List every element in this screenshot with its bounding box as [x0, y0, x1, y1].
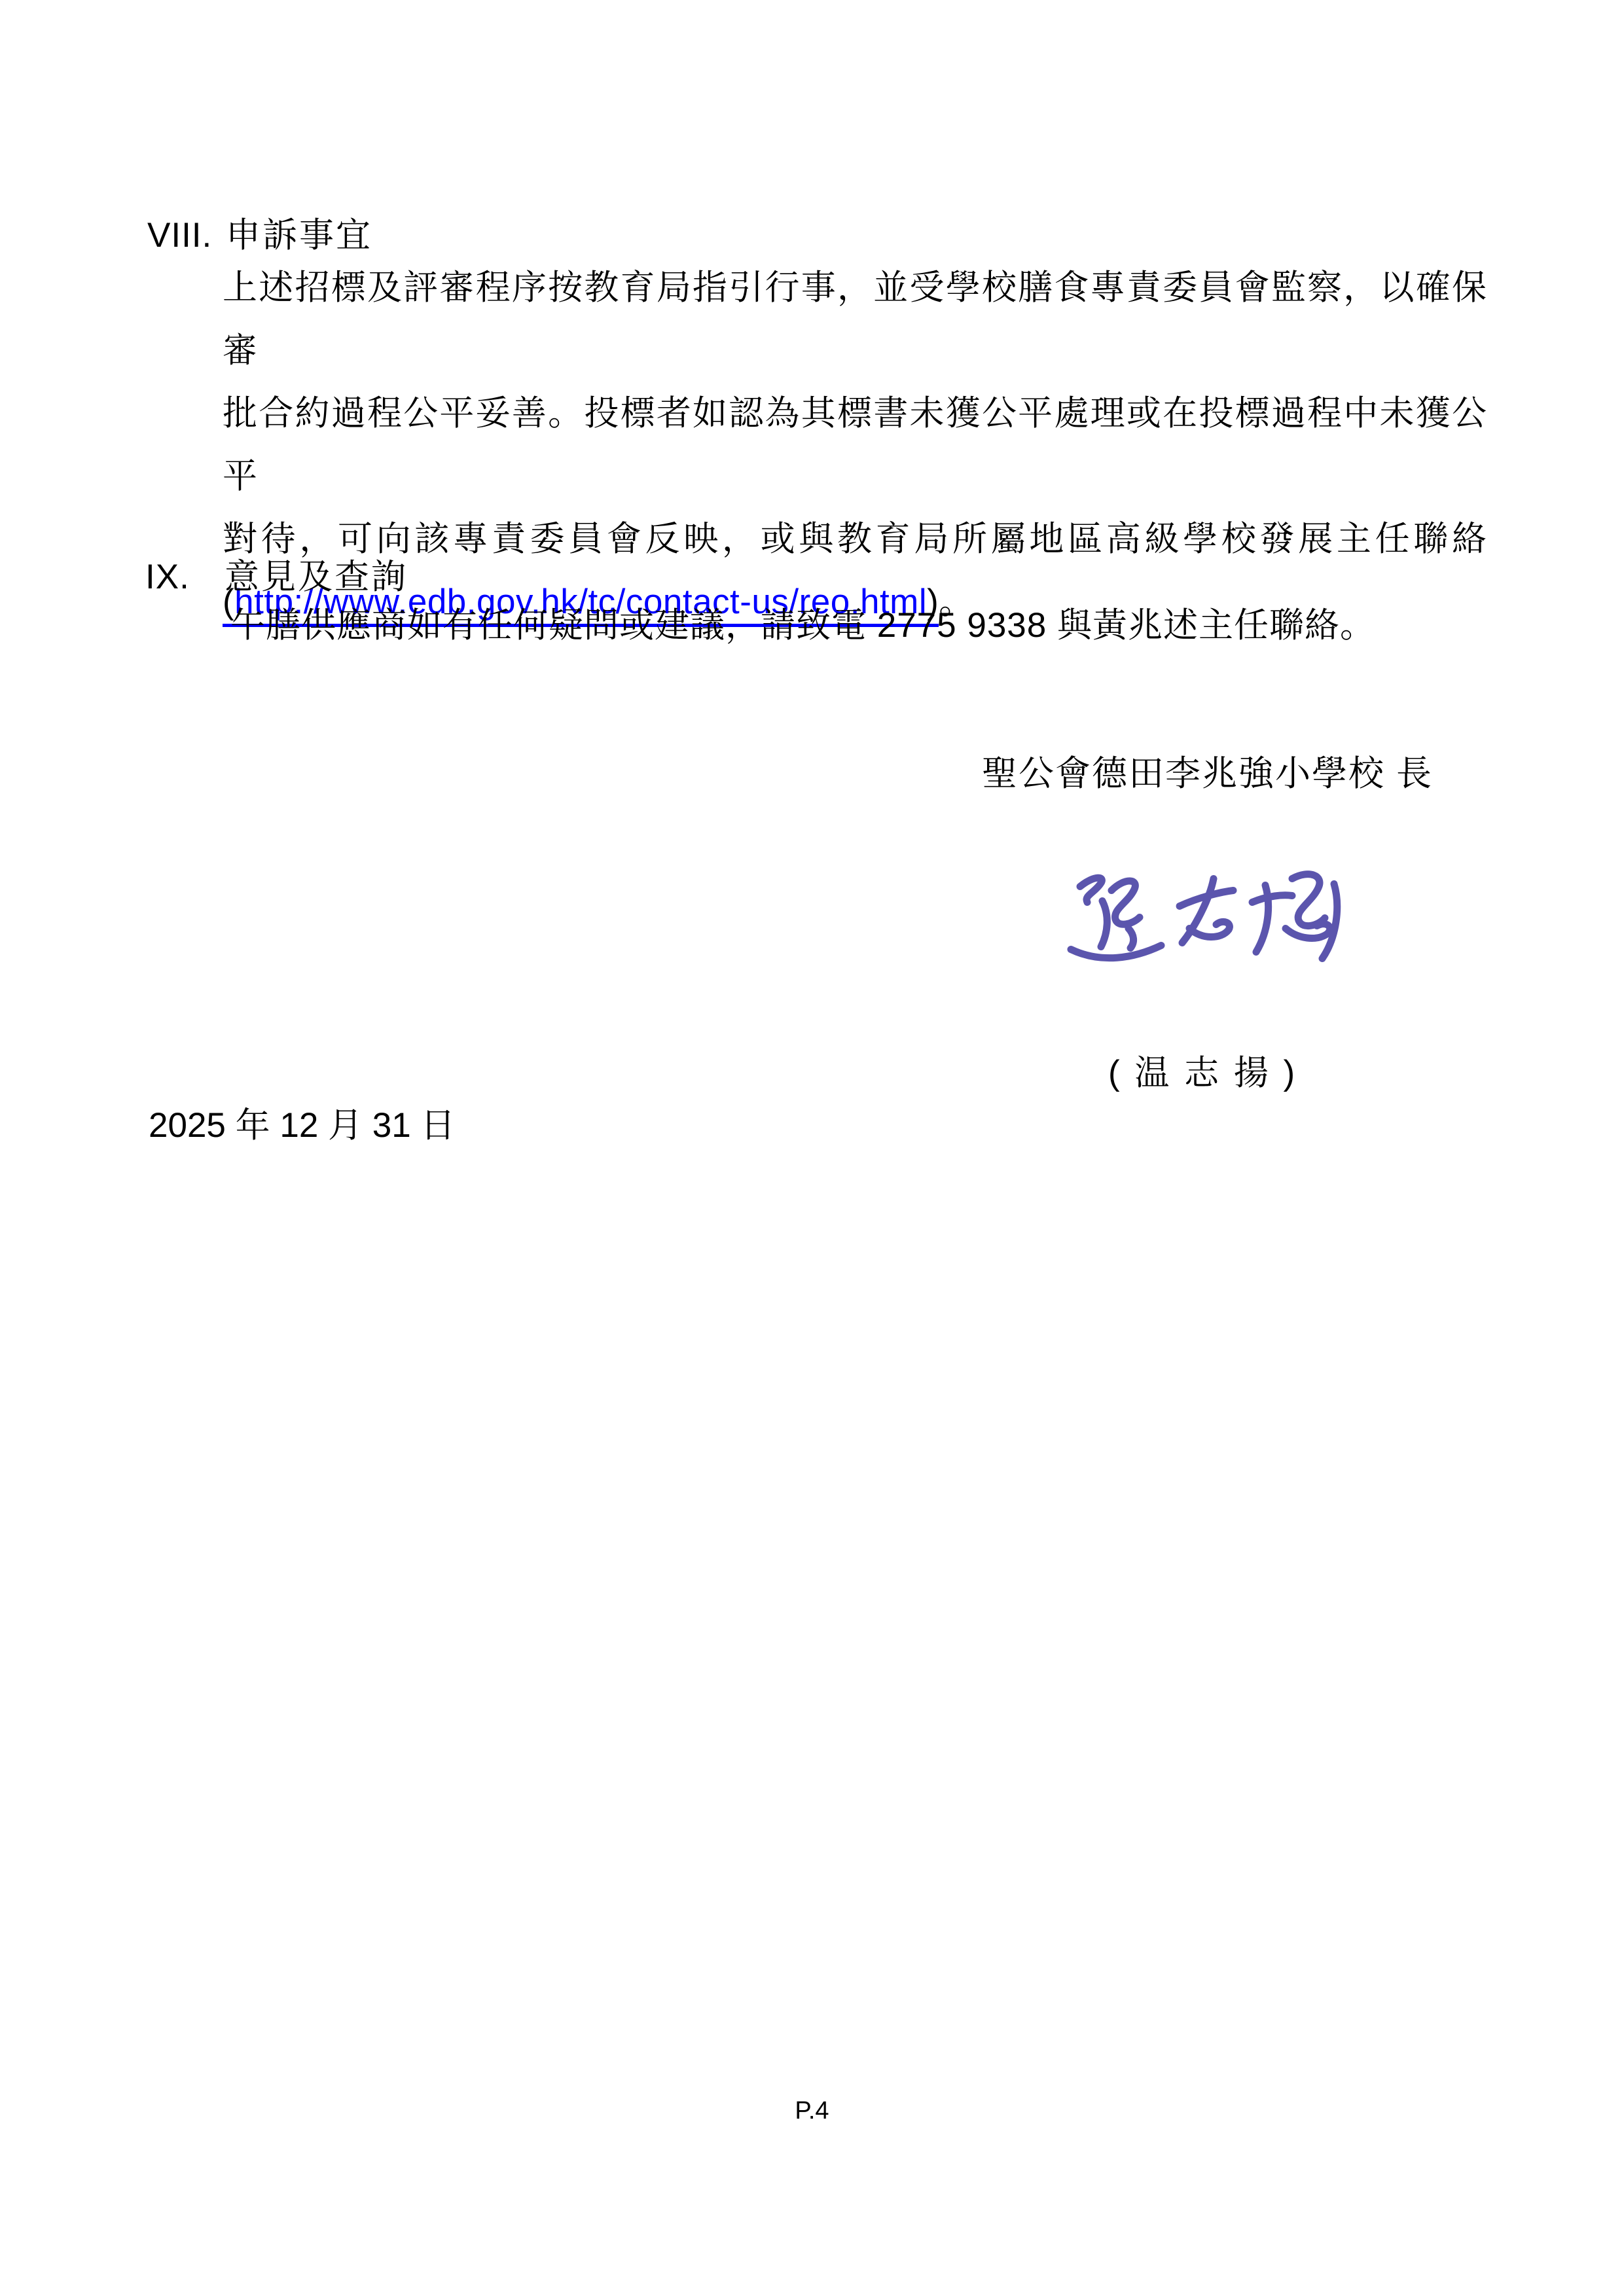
paragraph-line: 上述招標及評審程序按教育局指引行事，並受學校膳食專責委員會監察，以確保審 — [223, 257, 1487, 382]
section-viii-number: VIII. — [147, 216, 212, 255]
document-page: VIII. 申訴事宜 上述招標及評審程序按教育局指引行事，並受學校膳食專責委員會… — [0, 0, 1624, 2296]
section-viii-title: 申訴事宜 — [226, 216, 372, 255]
page-number: P.4 — [0, 2096, 1624, 2125]
paragraph-line: 對待，可向該專責委員會反映，或與教育局所屬地區高級學校發展主任聯絡 — [223, 508, 1487, 571]
section-viii-paragraph: 上述招標及評審程序按教育局指引行事，並受學校膳食專責委員會監察，以確保審 批合約… — [223, 257, 1487, 634]
signer-name-line: ( 温 志 揚 ) — [1108, 1052, 1297, 1094]
paragraph-line: 批合約過程公平妥善。投標者如認為其標書未獲公平處理或在投標過程中未獲公平 — [223, 382, 1487, 508]
date-line: 2025 年 12 月 31 日 — [149, 1105, 455, 1147]
principal-signature-image — [1060, 863, 1348, 984]
signer-title-line: 聖公會德田李兆強小學校 長 — [982, 753, 1433, 795]
section-ix-number: IX. — [145, 558, 190, 597]
section-ix-title: 意見及查詢 — [225, 558, 408, 597]
section-ix-body: 午膳供應商如有任何疑問或建議，請致電 2775 9338 與黃兆述主任聯絡。 — [230, 594, 1540, 657]
